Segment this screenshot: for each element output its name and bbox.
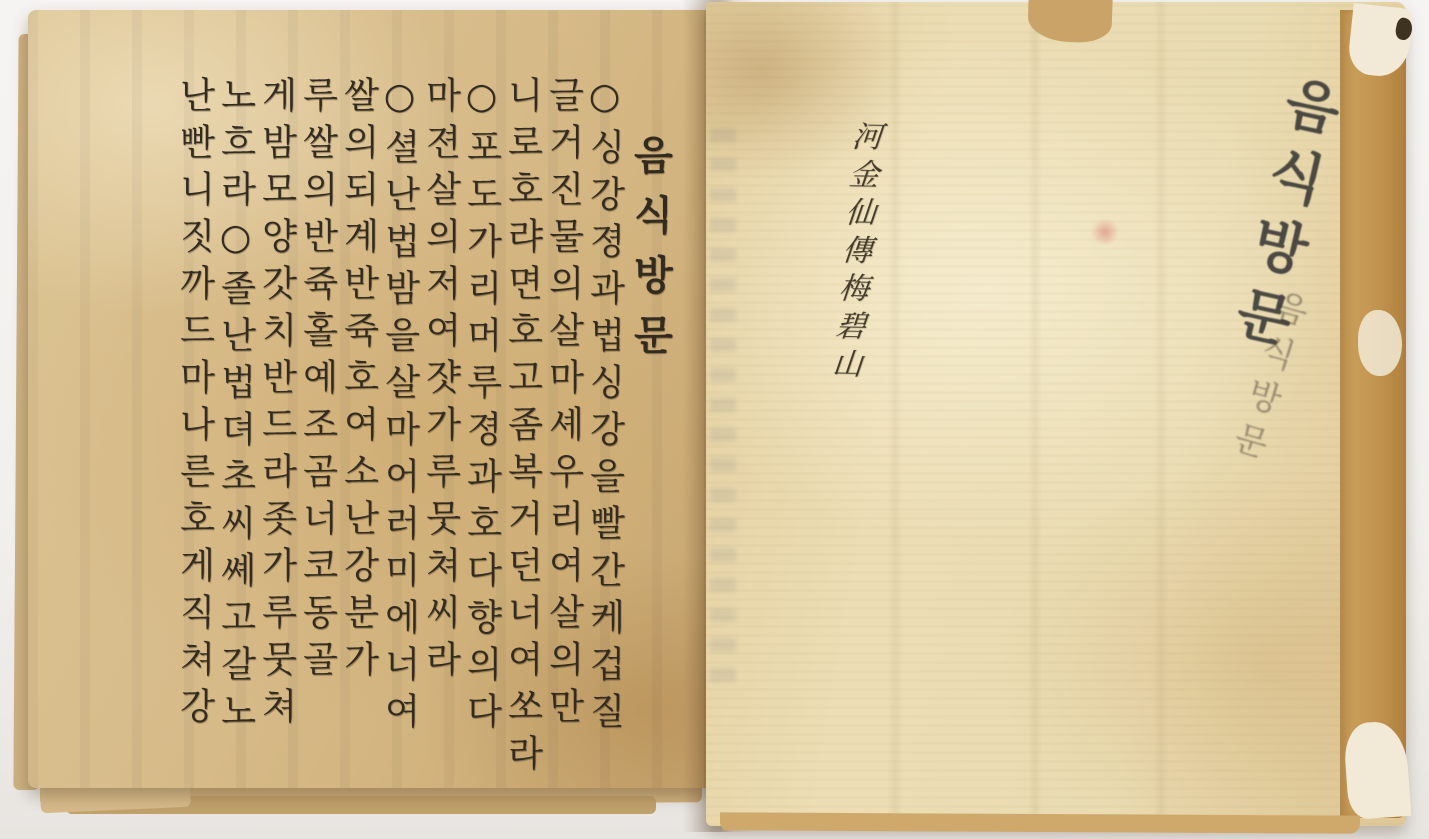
ink-showthrough [710, 122, 736, 682]
text-column: ○포도가리머루졍과호다향의다 [463, 76, 499, 782]
right-page-bottom-edge [720, 812, 1360, 833]
manuscript-photo: 음식방문 ○싱강졍과법싱강을빨간케겁질 글거진물의살마셰우리여살의만 니로호랴면… [0, 0, 1429, 839]
manuscript-text-block: 음식방문 ○싱강졍과법싱강을빨간케겁질 글거진물의살마셰우리여살의만 니로호랴면… [64, 76, 680, 782]
torn-paper-patch [1347, 3, 1414, 79]
right-page: 河金仙傳梅碧山 음식방문 음식방문 [706, 2, 1406, 826]
text-column: ○싱강졍과법싱강을빨간케겁질 [586, 76, 622, 782]
text-column: ○셜난법밤을살마어러미에너여 [381, 76, 417, 782]
text-column: 글거진물의살마셰우리여살의만 [545, 76, 581, 782]
torn-paper-patch [1358, 310, 1402, 376]
text-column: 마젼살의저여쟛가루뭇쳐씨라 [422, 76, 458, 782]
cursive-inscription: 河金仙傳梅碧山 [818, 120, 879, 479]
text-column: 난빤니짓까드마나른호게직쳐강 [176, 76, 212, 782]
text-column: 루쌀의반쥭홀예조곰너코동골 [299, 76, 335, 782]
text-column: 노흐라○졸난법뎌초씨쎼고갈노 [217, 76, 253, 782]
cover-edge [1340, 10, 1406, 818]
torn-paper-patch [1343, 720, 1412, 820]
page-title: 음식방문 [630, 76, 670, 782]
text-column: 쌀의되계반쥭호여소난강분가 [340, 76, 376, 782]
text-column: 게밤모양갓치반드라좃가루뭇쳐 [258, 76, 294, 782]
text-column: 니로호랴면호고좀복거던너여쏘라 [504, 76, 540, 782]
left-page: 음식방문 ○싱강졍과법싱강을빨간케겁질 글거진물의살마셰우리여살의만 니로호랴면… [28, 10, 712, 788]
red-ink-smudge [1090, 220, 1120, 244]
